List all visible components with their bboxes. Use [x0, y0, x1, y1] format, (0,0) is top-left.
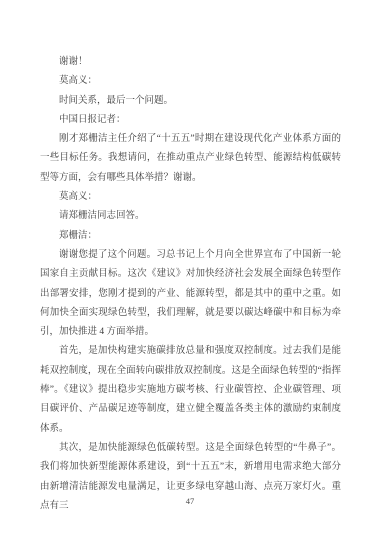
transcript-text-block: 谢谢！ 莫高义： 时间关系，最后一个问题。 中国日报记者： 刚才郑栅洁主任介绍了… [40, 53, 341, 516]
paragraph: 时间关系，最后一个问题。 [40, 92, 341, 111]
paragraph: 刚才郑栅洁主任介绍了“十五五”时期在建设现代化产业体系方面的一些目标任务。我想请… [40, 130, 341, 188]
paragraph: 首先，是加快构建实施碳排放总量和强度双控制度。过去我们是能耗双控制度，现在全面转… [40, 342, 341, 438]
paragraph-speaker: 莫高义： [40, 72, 341, 91]
document-page: 谢谢！ 莫高义： 时间关系，最后一个问题。 中国日报记者： 刚才郑栅洁主任介绍了… [0, 0, 380, 537]
paragraph-speaker: 莫高义： [40, 188, 341, 207]
paragraph-speaker: 中国日报记者： [40, 111, 341, 130]
paragraph: 请郑栅洁同志回答。 [40, 207, 341, 226]
paragraph: 谢谢您提了这个问题。习总书记上个月向全世界宣布了中国新一轮国家自主贡献目标。这次… [40, 246, 341, 342]
page-number: 47 [0, 496, 380, 506]
paragraph-speaker: 郑栅洁： [40, 227, 341, 246]
paragraph: 谢谢！ [40, 53, 341, 72]
